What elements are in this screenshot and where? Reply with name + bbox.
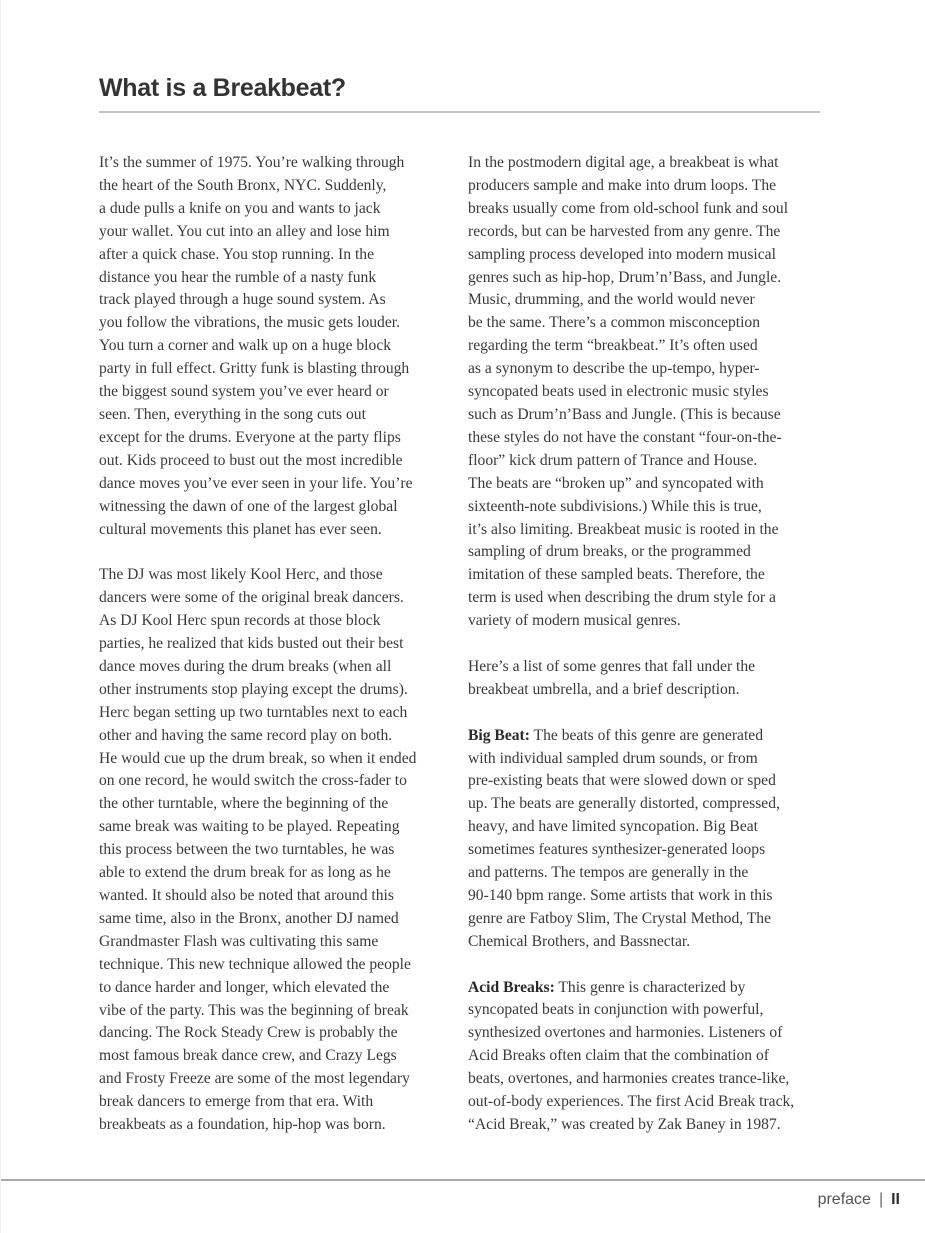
genre-entry-big-beat: Big Beat: The beats of this genre are ge… (468, 725, 828, 954)
document-page: What is a Breakbeat? It’s the summer of … (0, 0, 925, 1233)
footer-section-label: preface (818, 1191, 871, 1208)
genre-entry-acid-breaks: Acid Breaks: This genre is characterized… (468, 977, 828, 1137)
genre-term: Acid Breaks: (468, 979, 555, 996)
paragraph-postmodern-definition: In the postmodern digital age, a breakbe… (468, 152, 828, 633)
footer-divider (1, 1179, 925, 1181)
genre-description: The beats of this genre are generated wi… (468, 727, 780, 950)
paragraph-genre-list-intro: Here’s a list of some genres that fall u… (468, 656, 828, 702)
genre-description: This genre is characterized by syncopate… (468, 979, 794, 1133)
title-divider (99, 111, 820, 113)
page-number: II (891, 1191, 900, 1208)
page-title: What is a Breakbeat? (99, 74, 346, 103)
genre-term: Big Beat: (468, 727, 530, 744)
left-column: It’s the summer of 1975. You’re walking … (99, 152, 459, 1137)
paragraph-intro-story: It’s the summer of 1975. You’re walking … (99, 152, 459, 541)
paragraph-kool-herc: The DJ was most likely Kool Herc, and th… (99, 564, 459, 1137)
page-footer: preface|II (818, 1191, 900, 1209)
right-column: In the postmodern digital age, a breakbe… (468, 152, 828, 1137)
footer-separator: | (879, 1191, 883, 1208)
